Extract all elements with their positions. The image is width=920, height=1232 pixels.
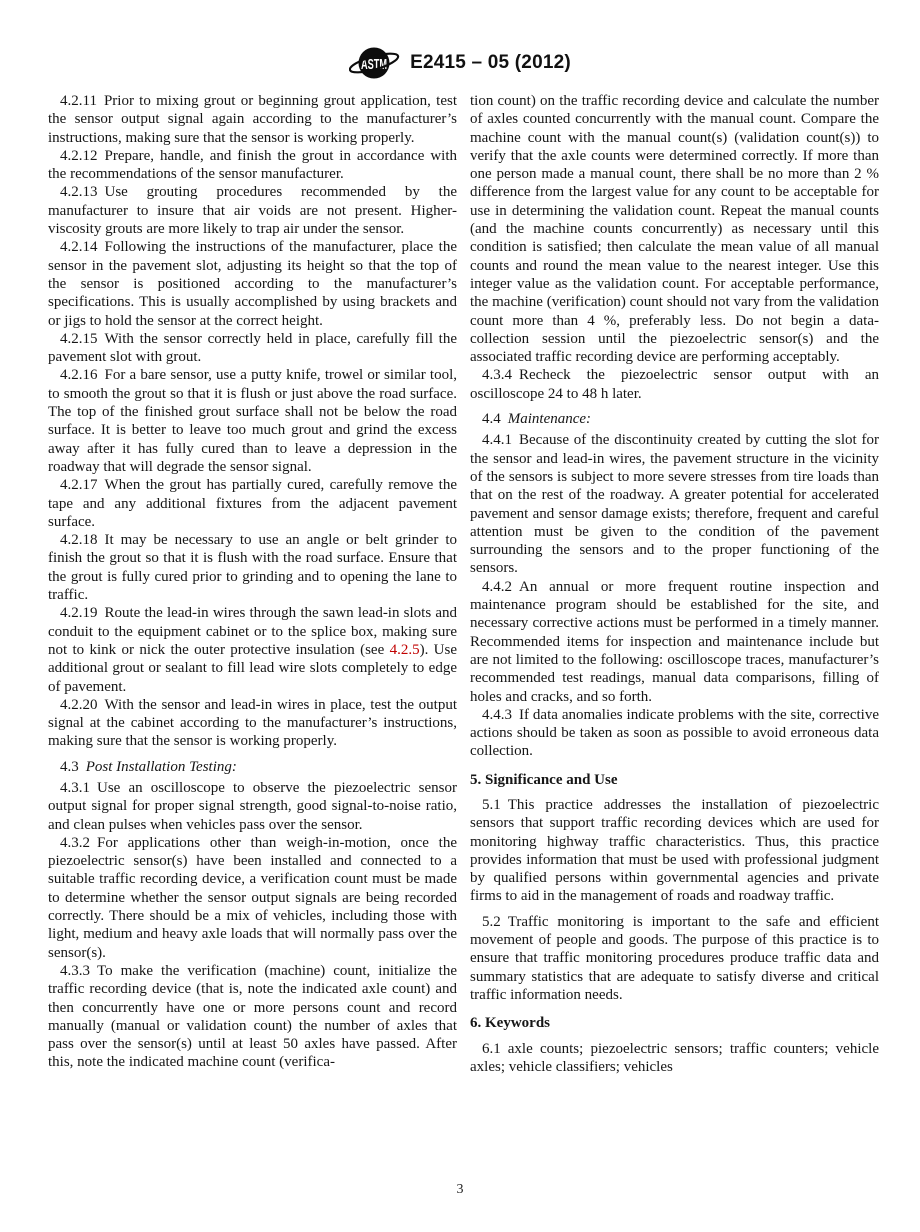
- clause-4-3-2: 4.3.2For applications other than weigh-i…: [48, 834, 457, 962]
- clause-4-2-20: 4.2.20With the sensor and lead-in wires …: [48, 696, 457, 751]
- clause-number: 4.3.1: [60, 780, 90, 796]
- clause-4-2-11: 4.2.11Prior to mixing grout or beginning…: [48, 92, 457, 147]
- subsection-title: Post Installation Testing:: [86, 759, 237, 775]
- clause-number: 4.3: [60, 759, 79, 775]
- clause-number: 4.4.2: [482, 579, 512, 595]
- clause-text: Because of the discontinuity created by …: [470, 432, 879, 576]
- cross-reference-link[interactable]: 4.2.5: [390, 642, 420, 658]
- clause-number: 4.3.2: [60, 835, 90, 851]
- clause-number: 4.2.19: [60, 605, 98, 621]
- clause-4-4-2: 4.4.2An annual or more frequent routine …: [470, 578, 879, 706]
- clause-number: 6.1: [482, 1041, 501, 1057]
- clause-number: 5.1: [482, 797, 501, 813]
- clause-4-2-15: 4.2.15With the sensor correctly held in …: [48, 330, 457, 367]
- clause-text: Recheck the piezoelectric sensor output …: [470, 367, 879, 401]
- clause-number: 4.3.3: [60, 963, 90, 979]
- clause-4-2-13: 4.2.13Use grouting procedures recommende…: [48, 183, 457, 238]
- clause-4-2-17: 4.2.17When the grout has partially cured…: [48, 476, 457, 531]
- clause-4-2-12: 4.2.12Prepare, handle, and finish the gr…: [48, 147, 457, 184]
- clause-text: Prior to mixing grout or beginning grout…: [48, 93, 457, 146]
- clause-text: For a bare sensor, use a putty knife, tr…: [48, 367, 457, 474]
- clause-number: 4.2.16: [60, 367, 98, 383]
- clause-number: 4.2.17: [60, 477, 98, 493]
- clause-number: 4.2.18: [60, 532, 98, 548]
- clause-text: This practice addresses the installation…: [470, 797, 879, 904]
- clause-text: Use an oscilloscope to observe the piezo…: [48, 780, 457, 833]
- astm-logo-icon: ASTM: [349, 43, 401, 83]
- clause-number: 4.2.11: [60, 93, 97, 109]
- clause-4-2-18: 4.2.18It may be necessary to use an angl…: [48, 531, 457, 604]
- clause-text: If data anomalies indicate problems with…: [470, 707, 879, 760]
- clause-text: It may be necessary to use an angle or b…: [48, 532, 457, 603]
- clause-text: Traffic monitoring is important to the s…: [470, 914, 879, 1003]
- clause-4-3-1: 4.3.1Use an oscilloscope to observe the …: [48, 779, 457, 834]
- clause-text: To make the verification (machine) count…: [48, 963, 457, 1070]
- clause-4-3-3-continued: tion count) on the traffic recording dev…: [470, 92, 879, 366]
- clause-4-2-16: 4.2.16For a bare sensor, use a putty kni…: [48, 366, 457, 476]
- clause-number: 4.3.4: [482, 367, 512, 383]
- clause-text: With the sensor and lead-in wires in pla…: [48, 697, 457, 750]
- clause-4-4-1: 4.4.1Because of the discontinuity create…: [470, 431, 879, 577]
- page-header: ASTM E2415 – 05 (2012): [0, 0, 920, 84]
- clause-number: 4.4.1: [482, 432, 512, 448]
- clause-number: 4.2.14: [60, 239, 98, 255]
- clause-text: An annual or more frequent routine inspe…: [470, 579, 879, 705]
- clause-text: axle counts; piezoelectric sensors; traf…: [470, 1041, 879, 1075]
- clause-text: With the sensor correctly held in place,…: [48, 331, 457, 365]
- standard-designation: E2415 – 05 (2012): [410, 52, 571, 74]
- clause-number: 4.4.3: [482, 707, 512, 723]
- clause-number: 4.4: [482, 411, 501, 427]
- clause-4-2-19: 4.2.19Route the lead-in wires through th…: [48, 604, 457, 695]
- clause-number: 5.2: [482, 914, 501, 930]
- clause-text: When the grout has partially cured, care…: [48, 477, 457, 530]
- section-heading-6: 6. Keywords: [470, 1014, 879, 1032]
- clause-5-1: 5.1This practice addresses the installat…: [470, 796, 879, 906]
- clause-text: Use grouting procedures recommended by t…: [48, 184, 457, 237]
- clause-number: 4.2.12: [60, 148, 98, 164]
- clause-5-2: 5.2Traffic monitoring is important to th…: [470, 913, 879, 1004]
- clause-number: 4.2.20: [60, 697, 98, 713]
- clause-6-1: 6.1axle counts; piezoelectric sensors; t…: [470, 1040, 879, 1077]
- clause-4-4-3: 4.4.3If data anomalies indicate problems…: [470, 706, 879, 761]
- right-column: tion count) on the traffic recording dev…: [470, 92, 879, 1076]
- subsection-heading-4-4: 4.4Maintenance:: [470, 410, 879, 428]
- clause-4-2-14: 4.2.14Following the instructions of the …: [48, 238, 457, 329]
- clause-4-3-3: 4.3.3To make the verification (machine) …: [48, 962, 457, 1072]
- clause-text: Following the instructions of the manufa…: [48, 239, 457, 328]
- section-heading-5: 5. Significance and Use: [470, 771, 879, 789]
- clause-text: Prepare, handle, and finish the grout in…: [48, 148, 457, 182]
- clause-number: 4.2.15: [60, 331, 98, 347]
- clause-number: 4.2.13: [60, 184, 98, 200]
- clause-text: tion count) on the traffic recording dev…: [470, 93, 879, 365]
- left-column: 4.2.11Prior to mixing grout or beginning…: [48, 92, 457, 1076]
- clause-4-3-4: 4.3.4Recheck the piezoelectric sensor ou…: [470, 366, 879, 403]
- clause-text: For applications other than weigh-in-mot…: [48, 835, 457, 961]
- subsection-title: Maintenance:: [508, 411, 591, 427]
- document-body: 4.2.11Prior to mixing grout or beginning…: [0, 84, 920, 1076]
- page-number: 3: [0, 1182, 920, 1198]
- subsection-heading-4-3: 4.3Post Installation Testing:: [48, 758, 457, 776]
